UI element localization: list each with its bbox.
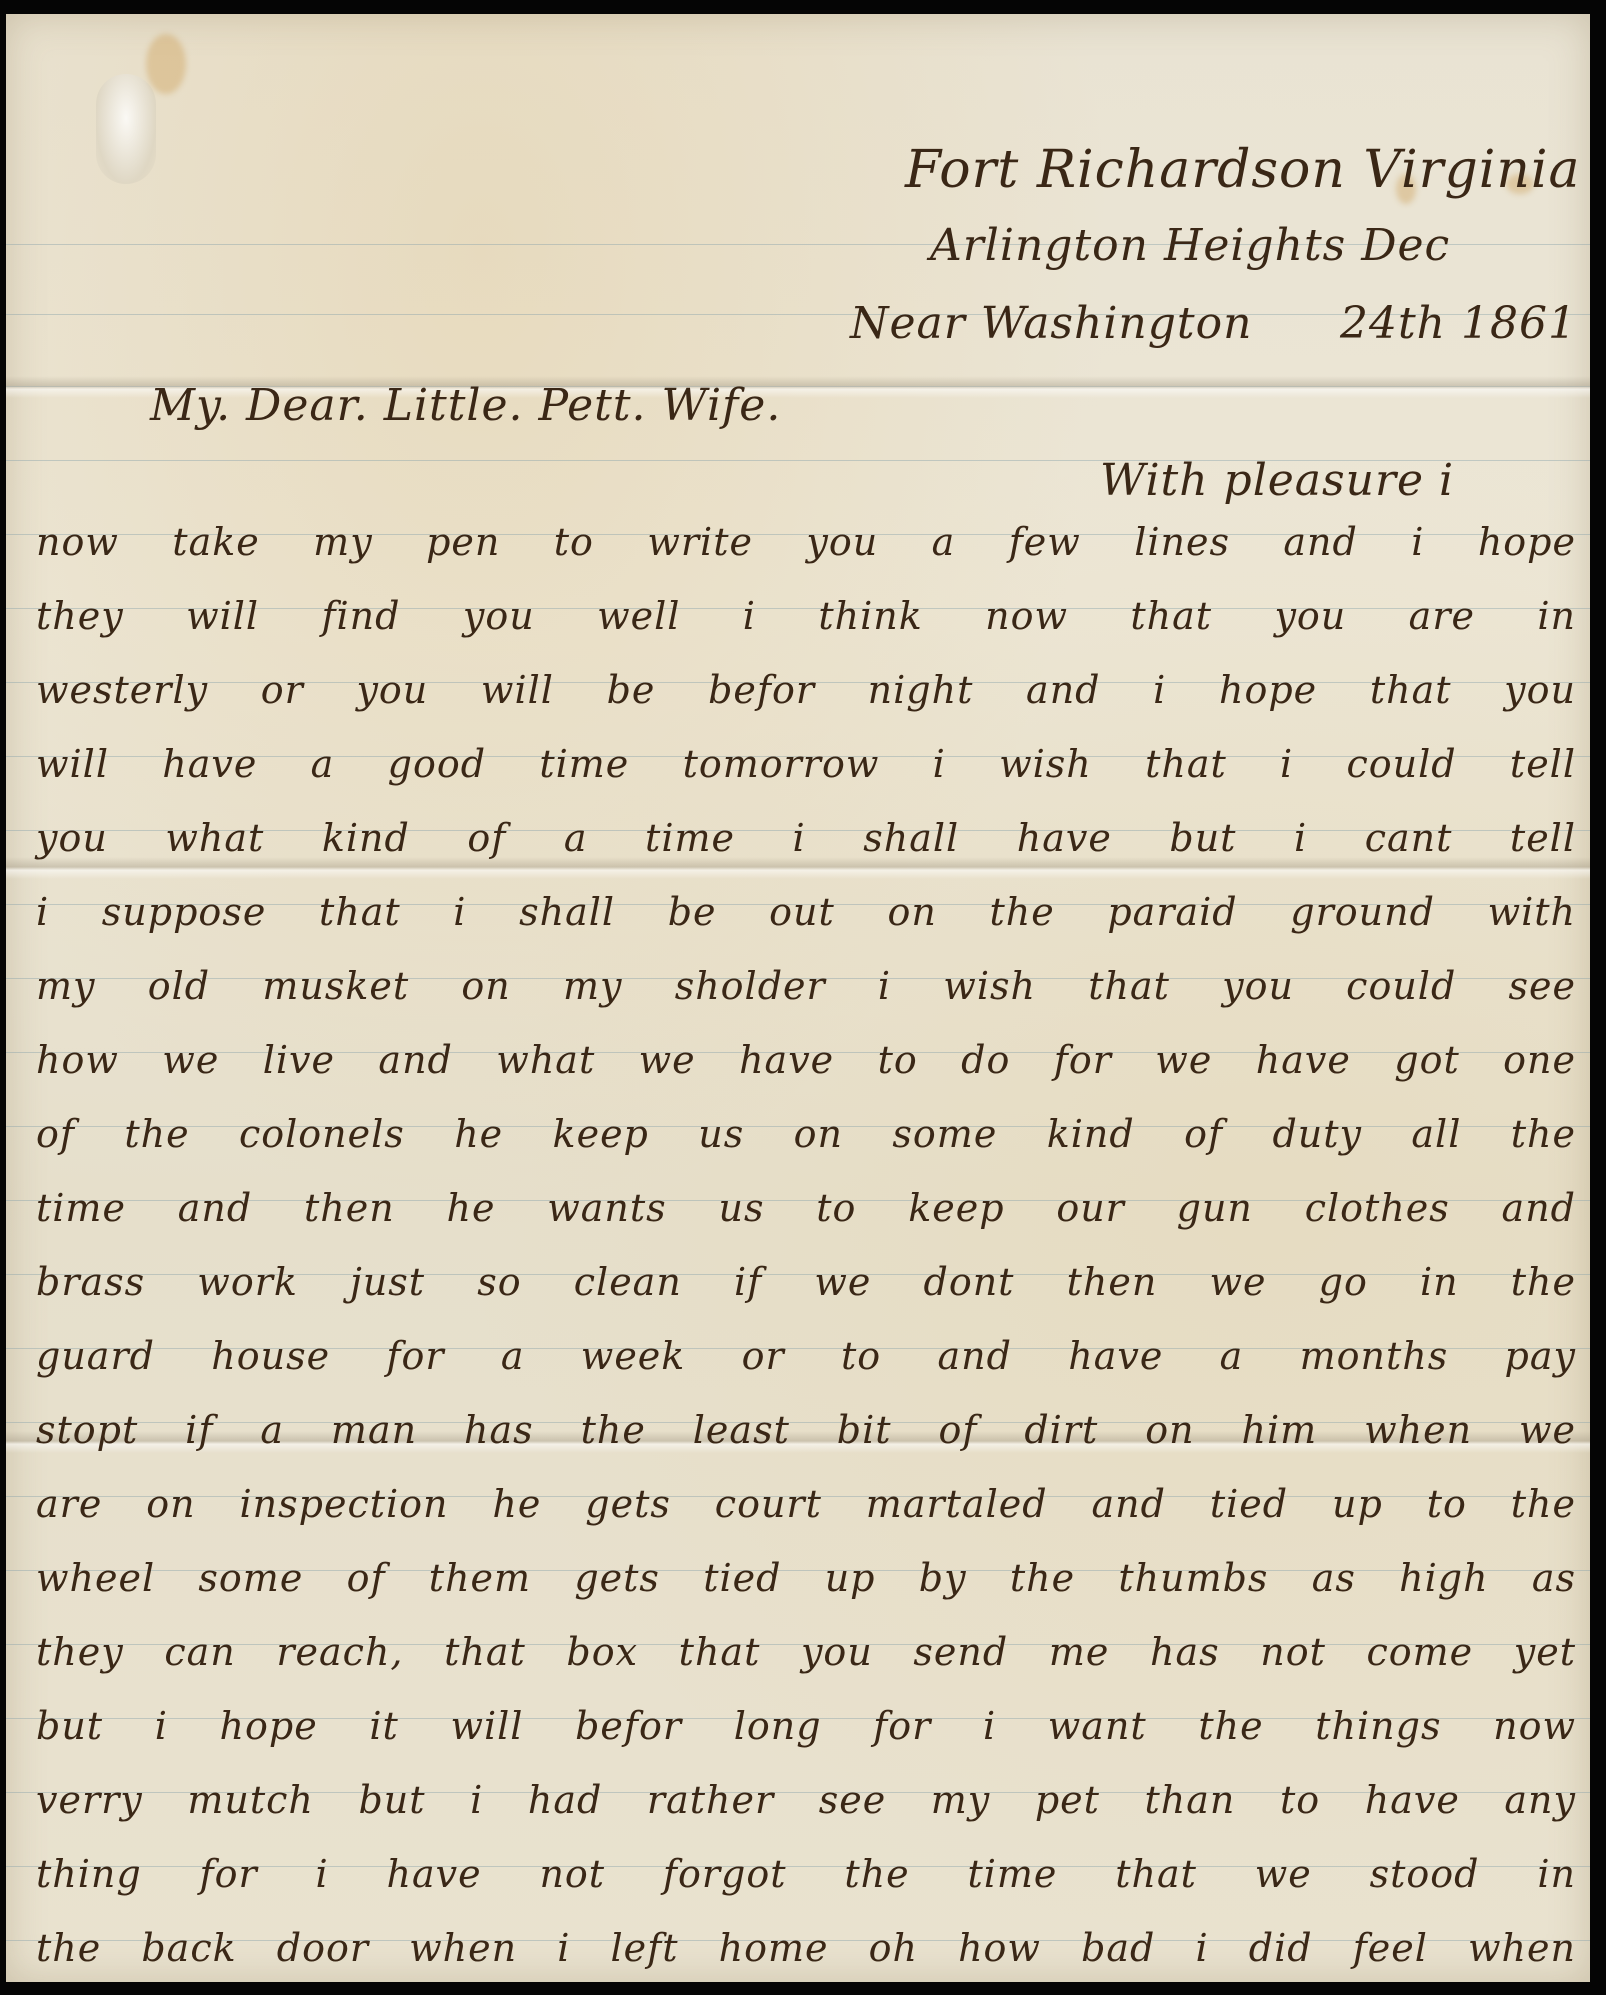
body-line: stopt if a man has the least bit of dirt… <box>36 1408 1576 1452</box>
paper-fold <box>6 857 1590 879</box>
body-line: but i hope it will befor long for i want… <box>36 1704 1576 1748</box>
body-line: westerly or you will be befor night and … <box>36 668 1576 712</box>
body-line: time and then he wants us to keep our gu… <box>36 1186 1576 1230</box>
embossed-seal <box>96 74 156 184</box>
body-line: the back door when i left home oh how ba… <box>36 1926 1576 1970</box>
heading-place: Near Washington <box>850 298 1252 349</box>
body-line: of the colonels he keep us on some kind … <box>36 1112 1576 1156</box>
body-line: wheel some of them gets tied up by the t… <box>36 1556 1576 1600</box>
body-line: brass work just so clean if we dont then… <box>36 1260 1576 1304</box>
body-line: they will find you well i think now that… <box>36 594 1576 638</box>
body-line: you what kind of a time i shall have but… <box>36 816 1576 860</box>
body-line: my old musket on my sholder i wish that … <box>36 964 1576 1008</box>
body-line: are on inspection he gets court martaled… <box>36 1482 1576 1526</box>
body-line: guard house for a week or to and have a … <box>36 1334 1576 1378</box>
salutation: My. Dear. Little. Pett. Wife. <box>150 380 781 431</box>
body-line: they can reach, that box that you send m… <box>36 1630 1576 1674</box>
heading-location: Fort Richardson Virginia <box>905 140 1581 200</box>
body-line: verry mutch but i had rather see my pet … <box>36 1778 1576 1822</box>
body-line: will have a good time tomorrow i wish th… <box>36 742 1576 786</box>
body-line: i suppose that i shall be out on the par… <box>36 890 1576 934</box>
heading-sublocation: Arlington Heights Dec <box>930 220 1450 271</box>
heading-date: 24th 1861 <box>1340 298 1577 349</box>
stain <box>146 34 186 94</box>
body-line: now take my pen to write you a few lines… <box>36 520 1576 564</box>
opening-phrase: With pleasure i <box>1100 455 1454 506</box>
body-line: thing for i have not forgot the time tha… <box>36 1852 1576 1896</box>
body-line: how we live and what we have to do for w… <box>36 1038 1576 1082</box>
